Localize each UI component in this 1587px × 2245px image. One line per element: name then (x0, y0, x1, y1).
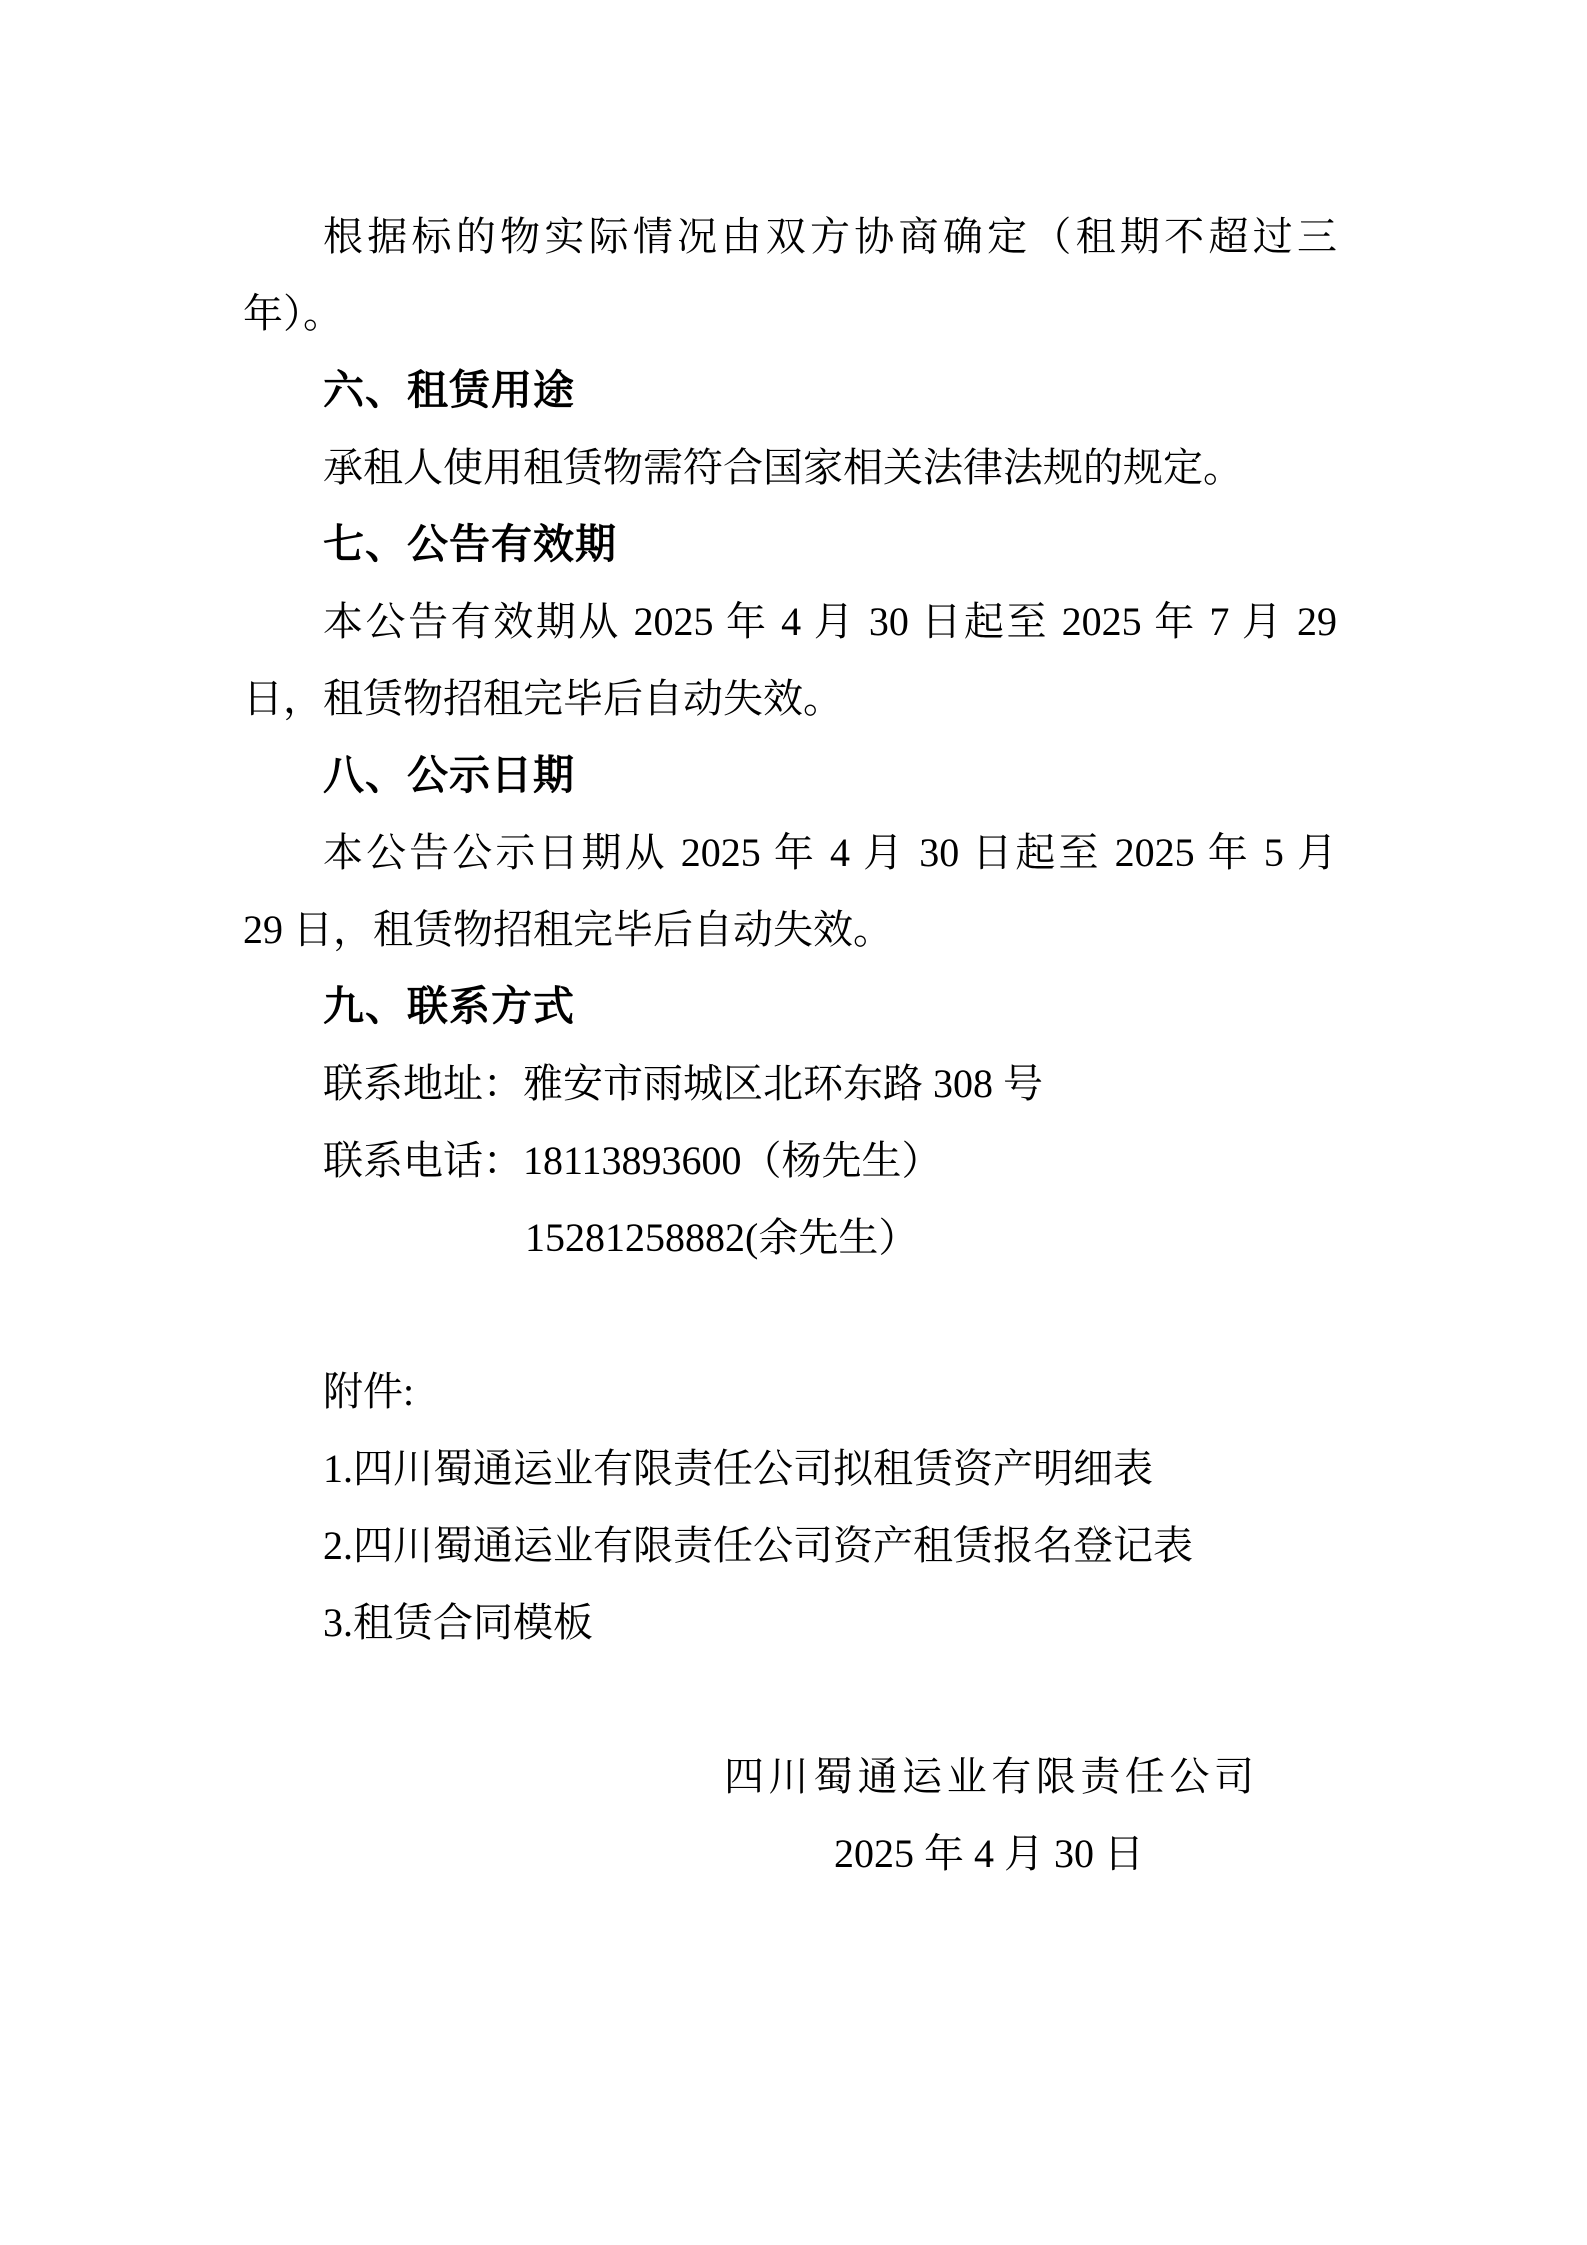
attachment-item-2: 2.四川蜀通运业有限责任公司资产租赁报名登记表 (243, 1507, 1337, 1584)
attachments-label: 附件: (243, 1353, 1337, 1430)
section-heading-7: 七、公告有效期 (243, 506, 1337, 583)
section-heading-8: 八、公示日期 (243, 737, 1337, 814)
section-heading-6: 六、租赁用途 (243, 352, 1337, 429)
contact-phone-line-2: 15281258882(余先生） (243, 1199, 1337, 1276)
section-7-body-line-1: 本公告有效期从 2025 年 4 月 30 日起至 2025 年 7 月 29 (243, 583, 1337, 660)
attachment-item-3: 3.租赁合同模板 (243, 1584, 1337, 1661)
section-8-body-line-1: 本公告公示日期从 2025 年 4 月 30 日起至 2025 年 5 月 (243, 814, 1337, 891)
section-heading-9: 九、联系方式 (243, 968, 1337, 1045)
signature-block: 四川蜀通运业有限责任公司 2025 年 4 月 30 日 (724, 1738, 1254, 1892)
intro-paragraph-line-2: 年）。 (243, 275, 1337, 352)
contact-address-line: 联系地址：雅安市雨城区北环东路 308 号 (243, 1045, 1337, 1122)
section-8-body-line-2: 29 日，租赁物招租完毕后自动失效。 (243, 891, 1337, 968)
contact-phone-line-1: 联系电话：18113893600（杨先生） (243, 1122, 1337, 1199)
document-text-block: 根据标的物实际情况由双方协商确定（租期不超过三 年）。 六、租赁用途 承租人使用… (243, 198, 1337, 1892)
signature-company-name: 四川蜀通运业有限责任公司 (724, 1738, 1254, 1815)
signature-date: 2025 年 4 月 30 日 (724, 1815, 1254, 1892)
section-6-body-line: 承租人使用租赁物需符合国家相关法律法规的规定。 (243, 429, 1337, 506)
document-page: 根据标的物实际情况由双方协商确定（租期不超过三 年）。 六、租赁用途 承租人使用… (0, 0, 1587, 2245)
intro-paragraph-line-1: 根据标的物实际情况由双方协商确定（租期不超过三 (243, 198, 1337, 275)
attachment-item-1: 1.四川蜀通运业有限责任公司拟租赁资产明细表 (243, 1430, 1337, 1507)
section-7-body-line-2: 日，租赁物招租完毕后自动失效。 (243, 660, 1337, 737)
blank-line (243, 1661, 1337, 1738)
blank-line (243, 1276, 1337, 1353)
